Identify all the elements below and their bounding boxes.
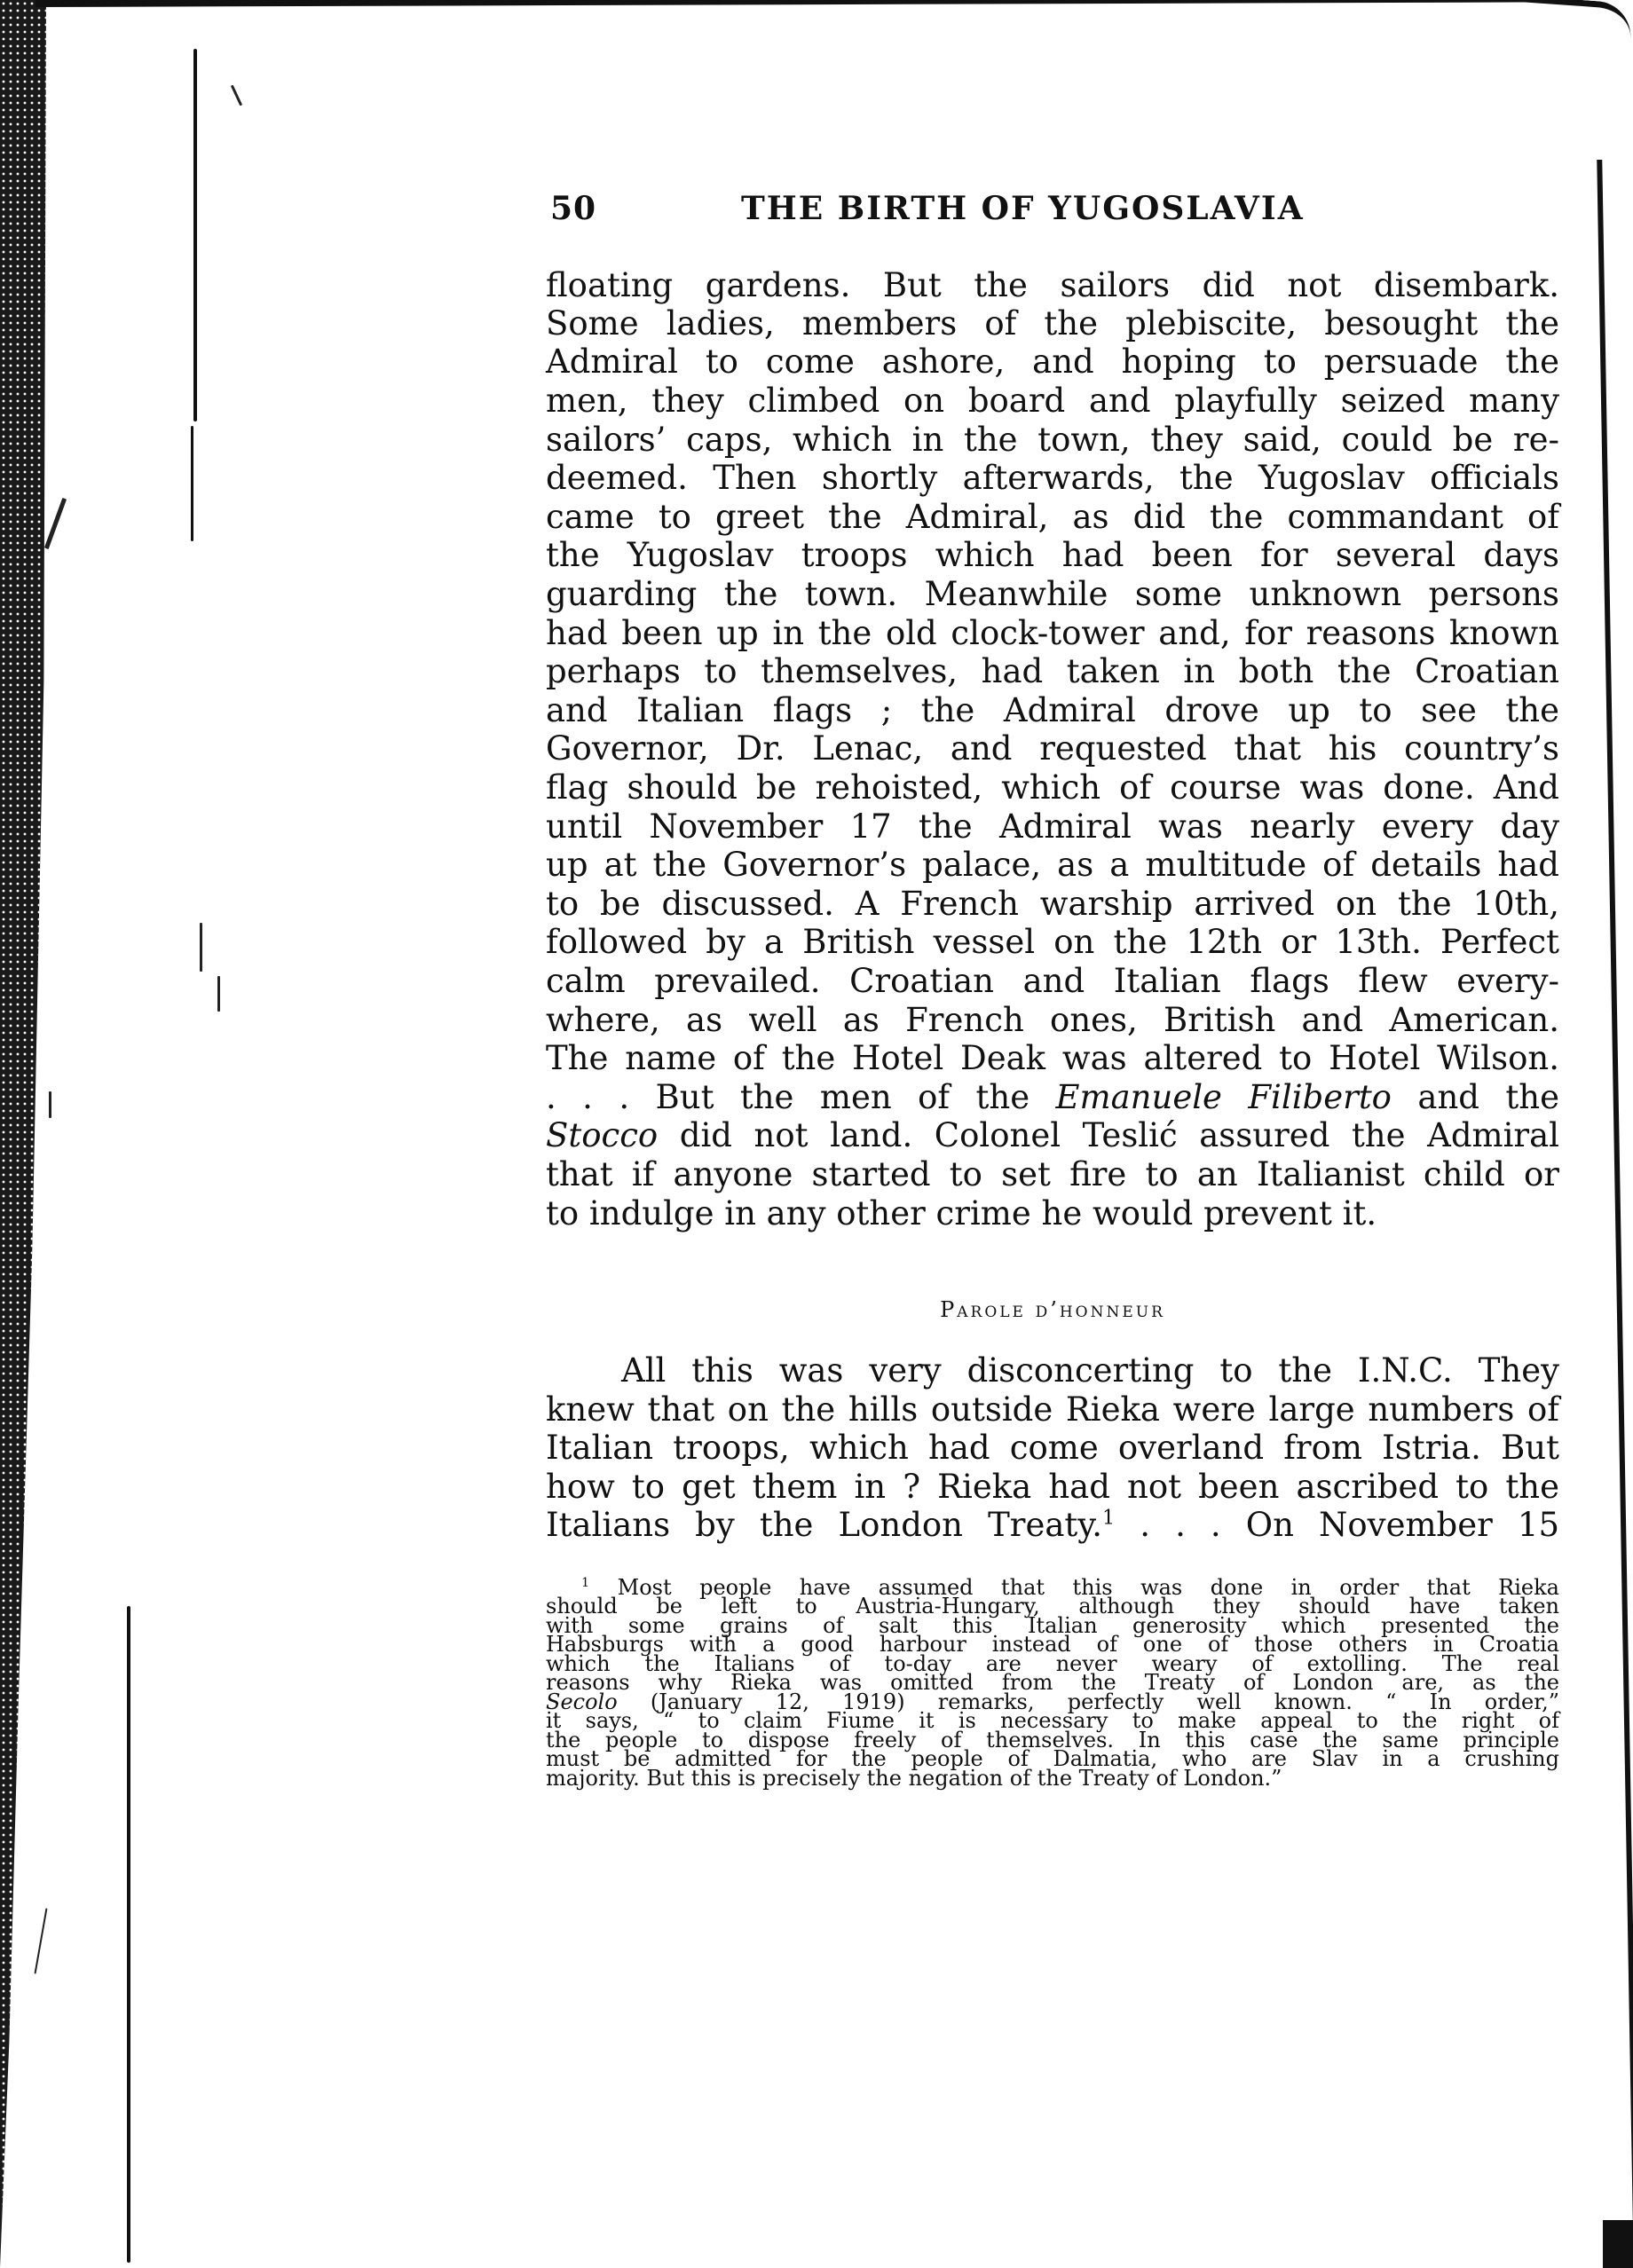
text-line: The name of the Hotel Deak was altered t… [546,1039,1559,1078]
text-line: perhaps to themselves, had taken in both… [546,652,1559,691]
text-line: Governor, Dr. Lenac, and requested that … [546,729,1559,768]
scan-speck [231,85,242,106]
scan-speck [35,1908,48,1973]
scan-top-edge [35,0,1544,7]
scan-speck [44,498,67,549]
page-number: 50 [550,190,596,227]
text-line: where, as well as French ones, British a… [546,1001,1559,1040]
text-line: Some ladies, members of the plebiscite, … [546,304,1559,343]
text-line: Italian troops, which had come overland … [546,1429,1559,1468]
text-line: to indulge in any other crime he would p… [546,1194,1559,1233]
scan-corner-shadow [1603,2220,1633,2268]
text-line: followed by a British vessel on the 12th… [546,923,1559,962]
text-line-with-ship-name: Stocco did not land. Colonel Teslić assu… [546,1116,1559,1155]
text-line: guarding the town. Meanwhile some unknow… [546,575,1559,614]
text-line: All this was very disconcerting to the I… [546,1351,1559,1390]
text-line: that if anyone started to set fire to an… [546,1155,1559,1194]
scan-gutter-line [127,1606,130,2263]
text-line: knew that on the hills outside Rieka wer… [546,1390,1559,1429]
text-line: sailors’ caps, which in the town, they s… [546,421,1559,460]
text-span: did not land. Colonel Teslić assured the… [680,1116,1559,1154]
text-line: calm prevailed. Croatian and Italian fla… [546,962,1559,1001]
text-line: had been up in the old clock-tower and, … [546,614,1559,653]
text-line: and Italian flags ; the Admiral drove up… [546,691,1559,730]
footnote-marker: 1 [581,1576,589,1590]
running-head: 50 THE BIRTH OF YUGOSLAVIA [546,190,1559,225]
text-line-with-note-ref: Italians by the London Treaty.1 . . . On… [546,1506,1559,1545]
footnote-reference[interactable]: 1 [1102,1507,1115,1530]
text-line: flag should be rehoisted, which of cours… [546,768,1559,807]
text-line-with-ship-name: . . . But the men of the Emanuele Filibe… [546,1078,1559,1117]
scan-binding-shadow [0,0,46,2268]
ship-name-stocco: Stocco [546,1116,658,1154]
scan-speck [217,976,220,1012]
section-heading: Parole d’honneur [546,1297,1559,1322]
text-span: and the [1417,1078,1559,1116]
ship-name-emanuele-filiberto: Emanuele Filiberto [1056,1078,1392,1116]
scan-gutter-line [193,49,197,421]
text-line: how to get them in ? Rieka had not been … [546,1468,1559,1507]
text-line: came to greet the Admiral, as did the co… [546,498,1559,537]
text-line: floating gardens. But the sailors did no… [546,266,1559,305]
text-span: . . . On November 15 [1115,1506,1559,1544]
scan-page-curl [1418,0,1633,42]
footnote-line: majority. But this is precisely the nega… [546,1768,1559,1788]
scan-speck [49,1091,51,1118]
scan-gutter-line [191,426,193,541]
text-line: Admiral to come ashore, and hoping to pe… [546,343,1559,382]
text-span: . . . But the men of the [546,1078,1029,1116]
text-line: until November 17 the Admiral was nearly… [546,807,1559,847]
text-span: Italians by the London Treaty. [546,1506,1102,1544]
text-line: the Yugoslav troops which had been for s… [546,536,1559,575]
text-line: to be discussed. A French warship arrive… [546,885,1559,924]
scan-speck [200,923,202,972]
text-line: up at the Governor’s palace, as a multit… [546,846,1559,885]
text-line: men, they climbed on board and playfully… [546,382,1559,421]
text-line: deemed. Then shortly afterwards, the Yug… [546,459,1559,498]
running-title: THE BIRTH OF YUGOSLAVIA [741,190,1305,227]
scan-right-edge [1597,160,1633,2268]
